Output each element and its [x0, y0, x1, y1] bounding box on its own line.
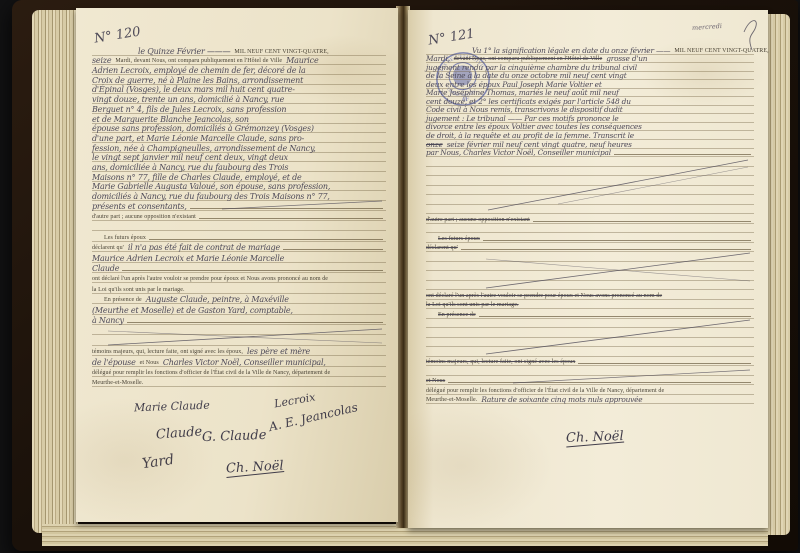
- rule-filler: [614, 154, 751, 155]
- printed-text: Les futurs époux: [104, 235, 146, 241]
- right-form-body: d'autre part ; aucune opposition n'exist…: [426, 157, 754, 404]
- handwritten-text: d'Épinal (Vosges), le deux mars mil huit…: [92, 85, 295, 94]
- printed-text: délégué pour remplir les fonctions d'off…: [426, 388, 664, 394]
- rule-filler: [149, 239, 383, 240]
- handwritten-text: seize: [92, 56, 111, 65]
- form-line: [426, 195, 754, 205]
- form-line: et Nous: [426, 376, 754, 386]
- form-line: Maisons n° 77, fille de Charles Claude, …: [92, 172, 386, 182]
- form-line: [92, 221, 386, 231]
- printed-text: d'autre part ; aucune opposition n'exist…: [92, 214, 196, 220]
- form-line: d'Épinal (Vosges), le deux mars mil huit…: [92, 85, 386, 95]
- form-line: Marie Gabrielle Augusta Valoué, son épou…: [92, 182, 386, 192]
- printed-text: délégué pour remplir les fonctions d'off…: [92, 370, 330, 376]
- form-line: présents et consentants,: [92, 201, 386, 211]
- form-line: Vu 1° la signification légale en date du…: [426, 46, 754, 55]
- handwritten-text: Auguste Claude, peintre, à Maxéville: [146, 295, 289, 304]
- signature-groom: Lecroix: [273, 390, 316, 410]
- handwritten-text: Croix de guerre, né à Plaine les Bains, …: [92, 76, 303, 85]
- form-line: [426, 281, 754, 291]
- form-line: ont déclaré l'un après l'autre vouloir s…: [426, 290, 754, 300]
- form-line: d'autre part ; aucune opposition n'exist…: [92, 211, 386, 221]
- handwritten-text: Maurice: [286, 56, 318, 65]
- form-line: [92, 325, 386, 335]
- form-line: fession, née à Champigneulles, arrondiss…: [92, 143, 386, 153]
- printed-text: et Nous: [140, 360, 159, 366]
- rule-filler: [483, 240, 751, 241]
- form-line: [426, 262, 754, 272]
- handwritten-text: Marie Gabrielle Augusta Valoué, son épou…: [92, 182, 330, 191]
- form-line: délégué pour remplir les fonctions d'off…: [426, 385, 754, 395]
- signature-father: Claude: [156, 424, 203, 442]
- signature-bride: Marie Claude: [134, 399, 210, 415]
- form-line: vingt douze, trente un ans, domicilié à …: [92, 94, 386, 104]
- right-page-act-121: N° 121 mercredi ACTES DE L'ÉTAT CIVIL TI…: [408, 10, 768, 528]
- photograph-of-register: N° 120 le Quinze Février ———MIL NEUF CEN…: [0, 0, 800, 553]
- form-line: [426, 186, 754, 196]
- form-line: Les futurs époux: [92, 231, 386, 241]
- handwritten-text: épouse sans profession, domiciliés à Gré…: [92, 124, 314, 133]
- printed-text: témoins majeurs, qui, lecture faite, ont…: [92, 349, 243, 355]
- printed-text: devant Nous, ont comparu publiquement en…: [454, 56, 602, 62]
- printed-text: témoins majeurs, qui, lecture faite, ont…: [426, 359, 575, 365]
- form-line: la Loi qu'ils sont unis par le mariage.: [92, 283, 386, 293]
- handwritten-text: il n'a pas été fait de contrat de mariag…: [128, 243, 280, 252]
- form-line: et de Marguerite Blanche Jeancolas, son: [92, 114, 386, 124]
- printed-text: d'autre part ; aucune opposition n'exist…: [426, 217, 530, 223]
- form-line: Claude: [92, 263, 386, 273]
- form-line: déclarent qu': [426, 243, 754, 253]
- rule-filler: [533, 221, 751, 222]
- form-line: [426, 176, 754, 186]
- rule-filler: [283, 249, 383, 250]
- printed-text: ont déclaré l'un après l'autre vouloir s…: [92, 276, 328, 282]
- form-line: (Meurthe et Moselle) et de Gaston Yard, …: [92, 304, 386, 314]
- handwritten-text: les père et mère: [247, 347, 310, 356]
- handwritten-text: le vingt sept janvier mil neuf cent deux…: [92, 153, 288, 162]
- handwritten-text: d'une part, et Marie Léonie Marcelle Cla…: [92, 134, 304, 143]
- form-line: [426, 338, 754, 348]
- form-line: déclarent qu'il n'a pas été fait de cont…: [92, 242, 386, 252]
- printed-text: En présence de: [104, 297, 142, 303]
- form-line: [426, 252, 754, 262]
- form-line: le Quinze Février ———MIL NEUF CENT VINGT…: [92, 46, 386, 56]
- right-act-body: Vu 1° la signification légale en date du…: [426, 46, 754, 157]
- form-line: de l'épouseet NousCharles Victor Noël, C…: [92, 356, 386, 366]
- signature-witness-2: Yard: [141, 452, 175, 472]
- printed-text: MIL NEUF CENT VINGT-QUATRE,: [234, 49, 328, 55]
- left-page-content: le Quinze Février ———MIL NEUF CENT VINGT…: [92, 46, 386, 387]
- printed-text: En présence de: [438, 312, 476, 318]
- handwritten-text: présents et consentants,: [92, 202, 187, 211]
- form-line: témoins majeurs, qui, lecture faite, ont…: [426, 357, 754, 367]
- form-line: [426, 347, 754, 357]
- form-line: [426, 224, 754, 234]
- page-edges-right: [768, 14, 790, 535]
- handwritten-text: et de Marguerite Blanche Jeancolas, son: [92, 115, 249, 124]
- printed-text: et Nous: [426, 378, 445, 384]
- form-line: domiciliés à Nancy, rue du faubourg des …: [92, 191, 386, 201]
- left-act-body: le Quinze Février ———MIL NEUF CENT VINGT…: [92, 46, 386, 211]
- form-line: Meurthe-et-Moselle.Rature de soixante ci…: [426, 395, 754, 405]
- form-line: ans, domiciliée à Nancy, rue du faubourg…: [92, 162, 386, 172]
- act-number-left: N° 120: [93, 24, 142, 46]
- form-line: Adrien Lecroix, employé de chemin de fer…: [92, 65, 386, 75]
- form-line: Croix de guerre, né à Plaine les Bains, …: [92, 75, 386, 85]
- handwritten-text: par Nous, Charles Victor Noël, Conseille…: [426, 148, 611, 157]
- form-line: Berguet n° 4, fils de Jules Lecroix, san…: [92, 104, 386, 114]
- form-line: [426, 167, 754, 177]
- form-line: En présence deAuguste Claude, peintre, à…: [92, 294, 386, 304]
- printed-text: déclarent qu': [92, 245, 124, 251]
- rule-filler: [199, 218, 383, 219]
- form-line: d'une part, et Marie Léonie Marcelle Cla…: [92, 133, 386, 143]
- form-line: Maurice Adrien Lecroix et Marie Léonie M…: [92, 252, 386, 262]
- form-line: délégué pour remplir les fonctions d'off…: [92, 367, 386, 377]
- handwritten-text: Maisons n° 77, fille de Charles Claude, …: [92, 173, 302, 182]
- left-page-act-120: N° 120 le Quinze Février ———MIL NEUF CEN…: [76, 8, 398, 522]
- handwritten-text: ans, domiciliée à Nancy, rue du faubourg…: [92, 163, 288, 172]
- handwritten-text: à Nancy: [92, 316, 124, 325]
- form-line: ont déclaré l'un après l'autre vouloir s…: [92, 273, 386, 283]
- handwritten-text: Berguet n° 4, fils de Jules Lecroix, san…: [92, 105, 286, 114]
- register-book: N° 120 le Quinze Février ———MIL NEUF CEN…: [12, 0, 798, 551]
- margin-note: mercredi: [692, 22, 722, 32]
- printed-text: Meurthe-et-Moselle.: [426, 397, 477, 403]
- form-line: par Nous, Charles Victor Noël, Conseille…: [426, 149, 754, 158]
- rule-filler: [127, 322, 383, 323]
- handwritten-text: Maurice Adrien Lecroix et Marie Léonie M…: [92, 254, 284, 263]
- form-line: [426, 205, 754, 215]
- handwritten-text: Claude: [92, 264, 119, 273]
- form-line: [426, 319, 754, 329]
- handwritten-text: (Meurthe et Moselle) et de Gaston Yard, …: [92, 306, 293, 315]
- rule-filler: [448, 382, 751, 383]
- printed-text: Meurthe-et-Moselle.: [92, 380, 143, 386]
- printed-text: la Loi qu'ils sont unis par le mariage.: [92, 287, 185, 293]
- form-line: le vingt sept janvier mil neuf cent deux…: [92, 153, 386, 163]
- rule-filler: [190, 208, 383, 209]
- form-line: d'autre part ; aucune opposition n'exist…: [426, 214, 754, 224]
- handwritten-text: Charles Victor Noël, Conseiller municipa…: [163, 358, 326, 367]
- signature-officer-right: Ch. Noël: [566, 429, 624, 446]
- page-edges-left: [32, 10, 78, 533]
- handwritten-text: Adrien Lecroix, employé de chemin de fer…: [92, 66, 306, 75]
- signature-officer-left: Ch. Noël: [226, 459, 284, 477]
- printed-text: Mardi, devant Nous, ont comparu publique…: [115, 58, 282, 64]
- form-line: à Nancy: [92, 315, 386, 325]
- form-line: seizeMardi, devant Nous, ont comparu pub…: [92, 56, 386, 66]
- signature-witness-1: G. Claude: [202, 428, 267, 445]
- left-form-body: d'autre part ; aucune opposition n'exist…: [92, 211, 386, 388]
- printed-text: la Loi qu'ils sont unis par le mariage.: [426, 302, 519, 308]
- handwritten-text: le Quinze Février ———: [138, 47, 230, 56]
- rule-filler: [578, 363, 751, 364]
- form-line: épouse sans profession, domiciliés à Gré…: [92, 124, 386, 134]
- rule-filler: [122, 270, 383, 271]
- form-line: [426, 366, 754, 376]
- form-line: la Loi qu'ils sont unis par le mariage.: [426, 300, 754, 310]
- form-line: [92, 335, 386, 345]
- form-line: [426, 328, 754, 338]
- handwritten-text: Rature de soixante cinq mots nuls approu…: [481, 395, 642, 404]
- form-line: témoins majeurs, qui, lecture faite, ont…: [92, 346, 386, 356]
- rule-filler: [461, 249, 751, 250]
- printed-text: déclarent qu': [426, 245, 458, 251]
- printed-text: MIL NEUF CENT VINGT-QUATRE,: [674, 48, 768, 54]
- handwritten-text: de l'épouse: [92, 358, 136, 367]
- handwritten-text: fession, née à Champigneulles, arrondiss…: [92, 144, 316, 153]
- handwritten-text: vingt douze, trente un ans, domicilié à …: [92, 95, 284, 104]
- form-line: Meurthe-et-Moselle.: [92, 377, 386, 387]
- right-page-content: Vu 1° la signification légale en date du…: [426, 46, 754, 404]
- printed-text: Les futurs époux: [438, 236, 480, 242]
- form-line: En présence de: [426, 309, 754, 319]
- printed-text: ont déclaré l'un après l'autre vouloir s…: [426, 293, 662, 299]
- form-line: [426, 157, 754, 167]
- rule-filler: [479, 316, 751, 317]
- handwritten-text: domiciliés à Nancy, rue du faubourg des …: [92, 192, 330, 201]
- form-line: [426, 271, 754, 281]
- form-line: Les futurs époux: [426, 233, 754, 243]
